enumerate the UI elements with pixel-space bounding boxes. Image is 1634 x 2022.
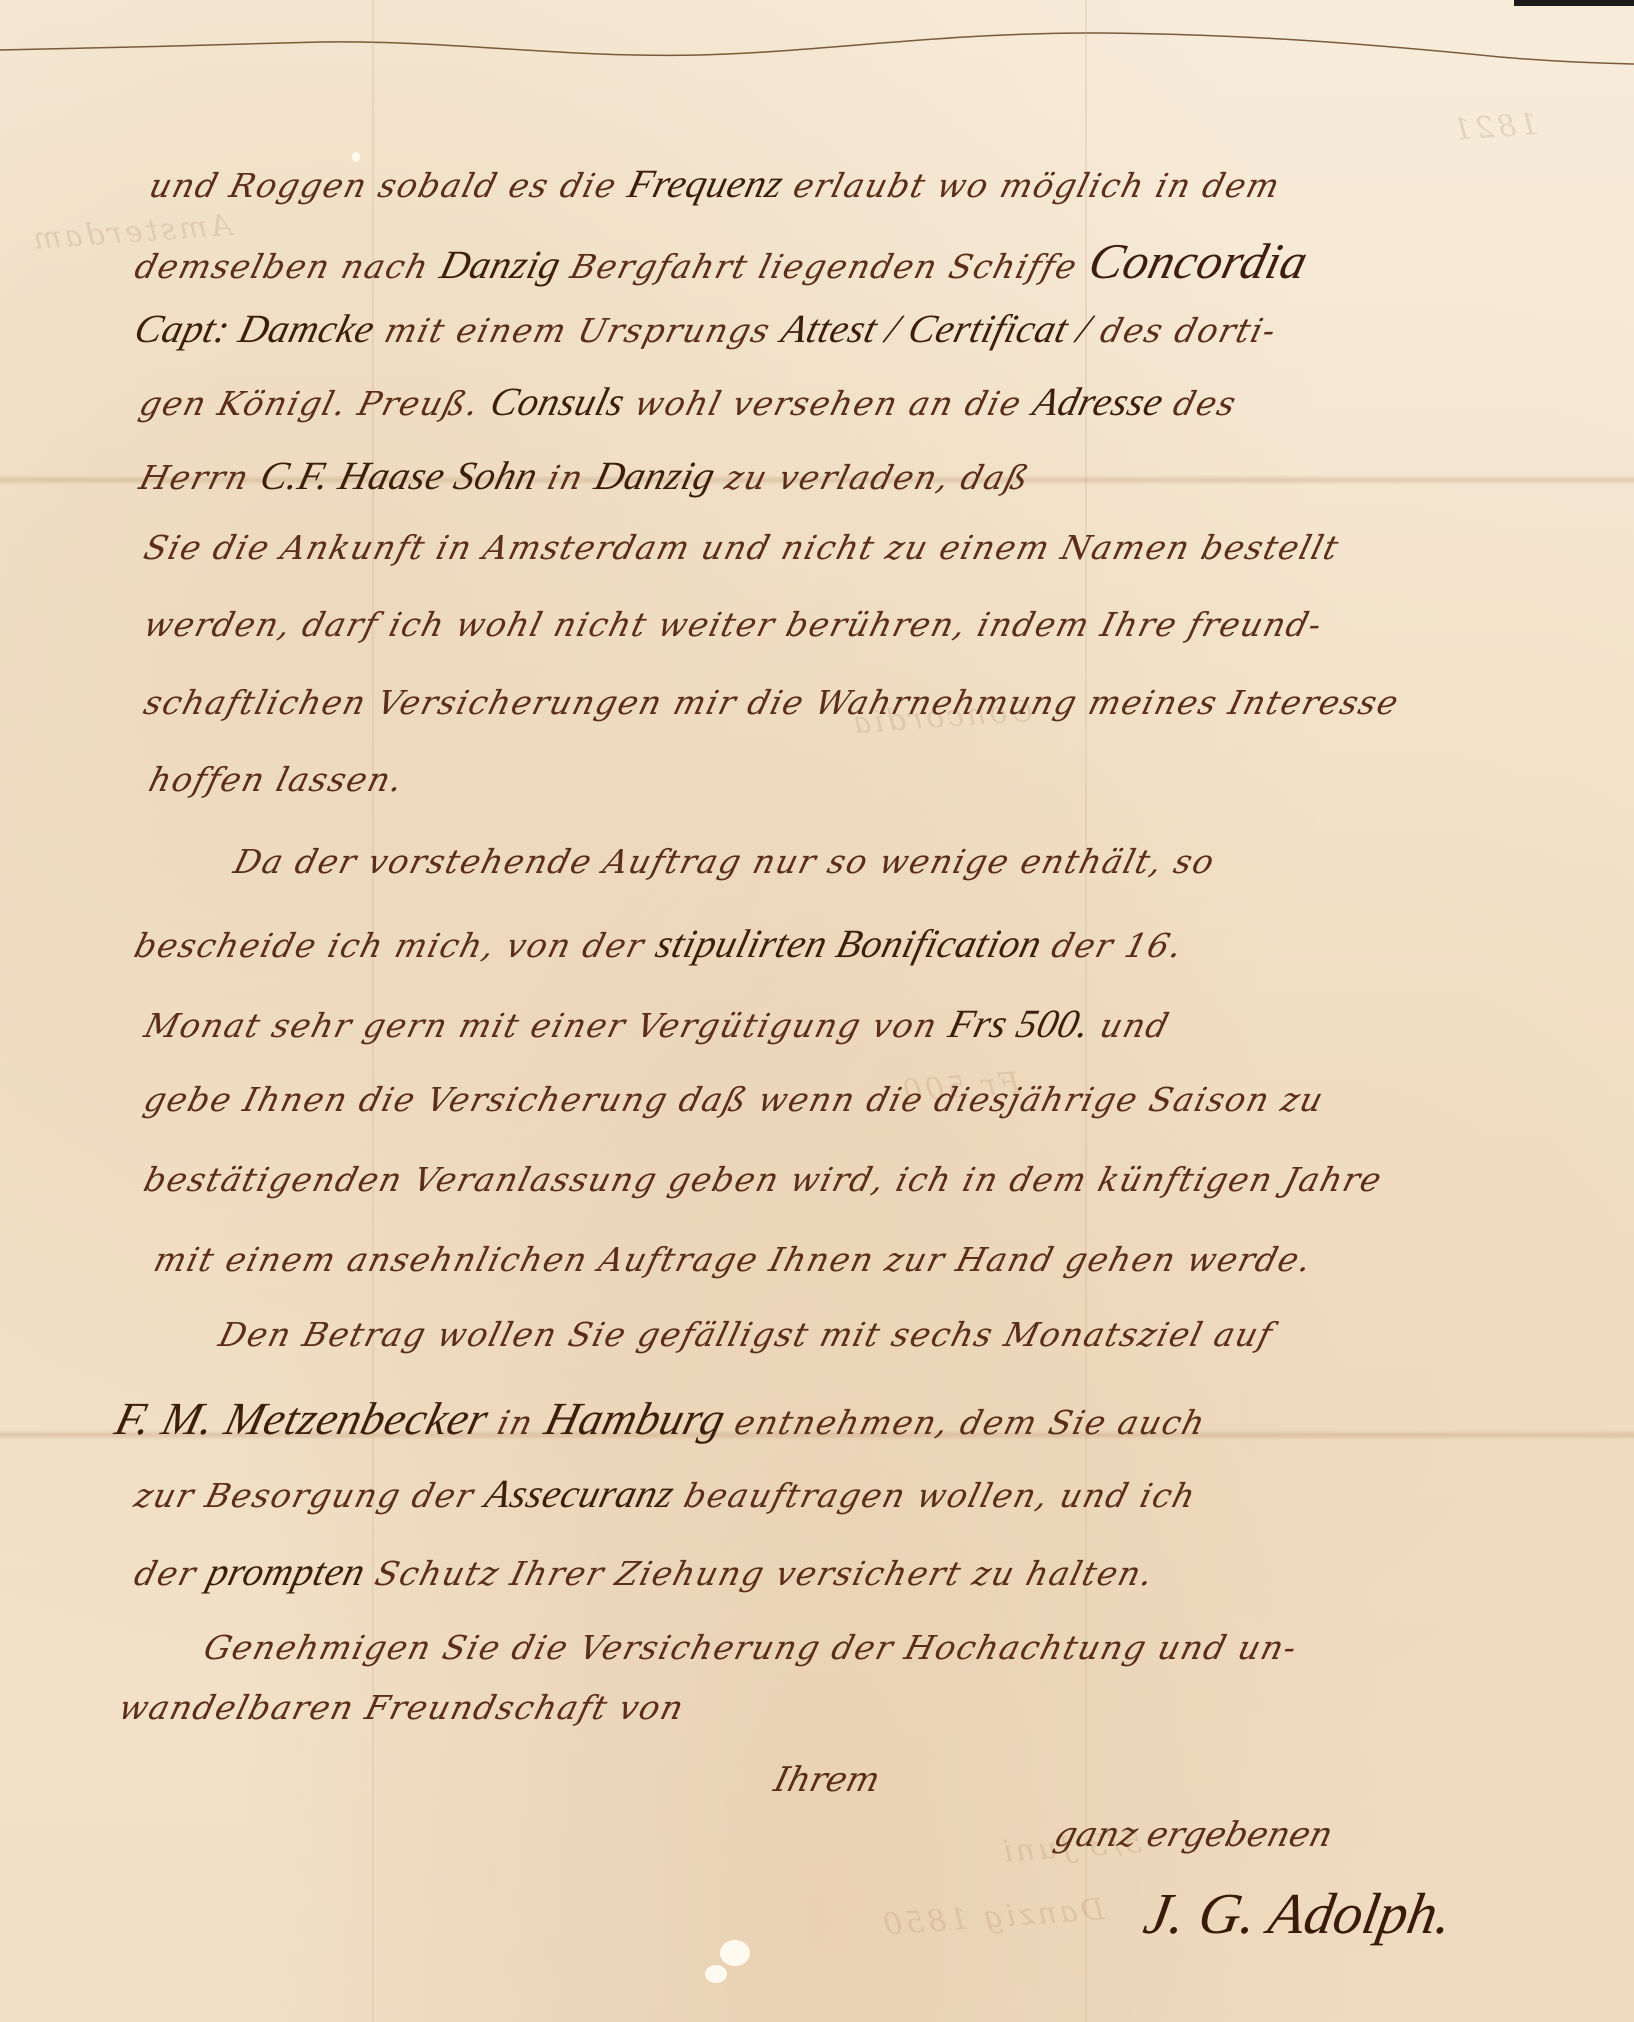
letter-line-6: Sie die Ankunft in Amsterdam und nicht z… [140, 528, 1344, 567]
letter-line-20: Genehmigen Sie die Versicherung der Hoch… [200, 1628, 1302, 1667]
letter-line-10: Da der vorstehende Auftrag nur so wenige… [230, 842, 1219, 881]
letter-line-5: Herrn C.F. Haase Sohn in Danzig zu verla… [135, 452, 1035, 499]
torn-top-edge [0, 0, 1634, 70]
letter-line-9: hoffen lassen. [145, 760, 408, 799]
letter-line-13: gebe Ihnen die Versicherung daß wenn die… [140, 1080, 1328, 1119]
closing-salutation: Ihrem [770, 1760, 884, 1800]
letter-line-4: gen Königl. Preuß. Consuls wohl versehen… [135, 378, 1243, 425]
letter-line-16: Den Betrag wollen Sie gefälligst mit sec… [215, 1315, 1277, 1354]
letter-line-3: Capt: Damcke mit einem Ursprungs Attest … [130, 305, 1283, 352]
letter-line-12: Monat sehr gern mit einer Vergütigung vo… [140, 1000, 1175, 1047]
letter-line-7: werden, darf ich wohl nicht weiter berüh… [140, 605, 1327, 644]
letter-line-14: bestätigenden Veranlassung geben wird, i… [140, 1160, 1387, 1199]
bleed-through-text: Danzig 1850 [879, 1892, 1106, 1943]
letter-line-2: demselben nach Danzig Bergfahrt liegende… [130, 232, 1314, 290]
letter-line-19: der prompten Schutz Ihrer Ziehung versic… [130, 1548, 1160, 1595]
closing-valediction: ganz ergebenen [1050, 1815, 1337, 1855]
paper-damage [705, 1965, 727, 1983]
signature: J. G. Adolph. [1139, 1880, 1457, 1947]
bleed-through-text: 1821 [1449, 107, 1540, 148]
letter-line-15: mit einem ansehnlichen Auftrage Ihnen zu… [150, 1240, 1317, 1279]
letter-line-21: wandelbaren Freundschaft von [115, 1688, 689, 1727]
letter-sheet: 1821 Amsterdam Concordia Fr 500 5/3 Juni… [0, 0, 1634, 2022]
paper-damage [720, 1940, 750, 1966]
letter-line-18: zur Besorgung der Assecuranz beauftragen… [130, 1470, 1202, 1517]
letter-line-8: schaftlichen Versicherungen mir die Wahr… [140, 683, 1404, 722]
letter-line-17: F. M. Metzenbecker in Hamburg entnehmen,… [110, 1392, 1213, 1445]
scan-edge [1514, 0, 1634, 6]
letter-line-1: und Roggen sobald es die Frequenz erlaub… [145, 160, 1286, 207]
letter-line-11: bescheide ich mich, von der stipulirten … [130, 920, 1189, 967]
